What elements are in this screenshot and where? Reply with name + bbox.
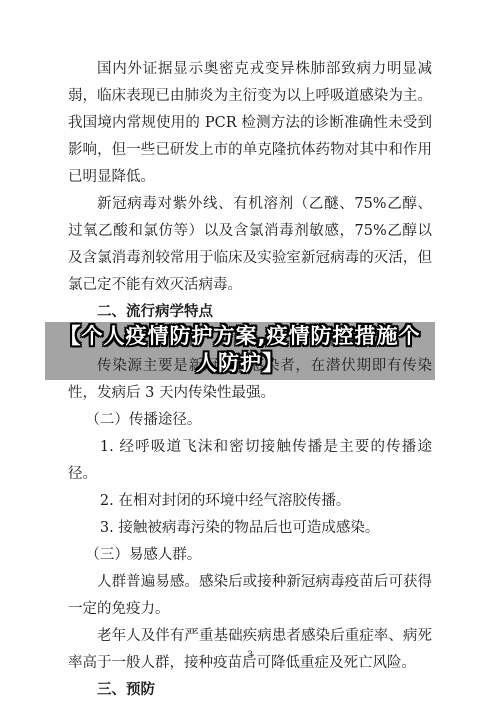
page-number: 3 xyxy=(0,650,500,661)
watermark-title: 【个人疫情防护方案,疫情防控措施个 人防护】 xyxy=(45,323,435,377)
section-heading-prevention: 三、预防 xyxy=(68,677,432,704)
watermark-title-line1: 【个人疫情防护方案,疫情防控措施个 xyxy=(45,323,435,350)
document-body: 国内外证据显示奥密克戎变异株肺部致病力明显减弱，临床表现已由肺炎为主衍变为以上呼… xyxy=(68,56,432,704)
paragraph-omicron-evidence: 国内外证据显示奥密克戎变异株肺部致病力明显减弱，临床表现已由肺炎为主衍变为以上呼… xyxy=(68,56,432,191)
subheading-transmission-route: （二）传播途径。 xyxy=(68,407,432,434)
list-item-aerosol: 2. 在相对封闭的环境中经气溶胶传播。 xyxy=(68,488,432,515)
subheading-susceptible-group: （三）易感人群。 xyxy=(68,542,432,569)
list-item-contaminated-items: 3. 接触被病毒污染的物品后也可造成感染。 xyxy=(68,515,432,542)
watermark-title-line2: 人防护】 xyxy=(45,350,435,377)
document-page: 国内外证据显示奥密克戎变异株肺部致病力明显减弱，临床表现已由肺炎为主衍变为以上呼… xyxy=(0,0,500,706)
list-item-droplet-contact: 1. 经呼吸道飞沫和密切接触传播是主要的传播途径。 xyxy=(68,434,432,488)
paragraph-general-susceptibility: 人群普遍易感。感染后或接种新冠病毒疫苗后可获得一定的免疫力。 xyxy=(68,569,432,623)
paragraph-disinfectants: 新冠病毒对紫外线、有机溶剂（乙醚、75%乙醇、过氧乙酸和氯仿等）以及含氯消毒剂敏… xyxy=(68,191,432,299)
